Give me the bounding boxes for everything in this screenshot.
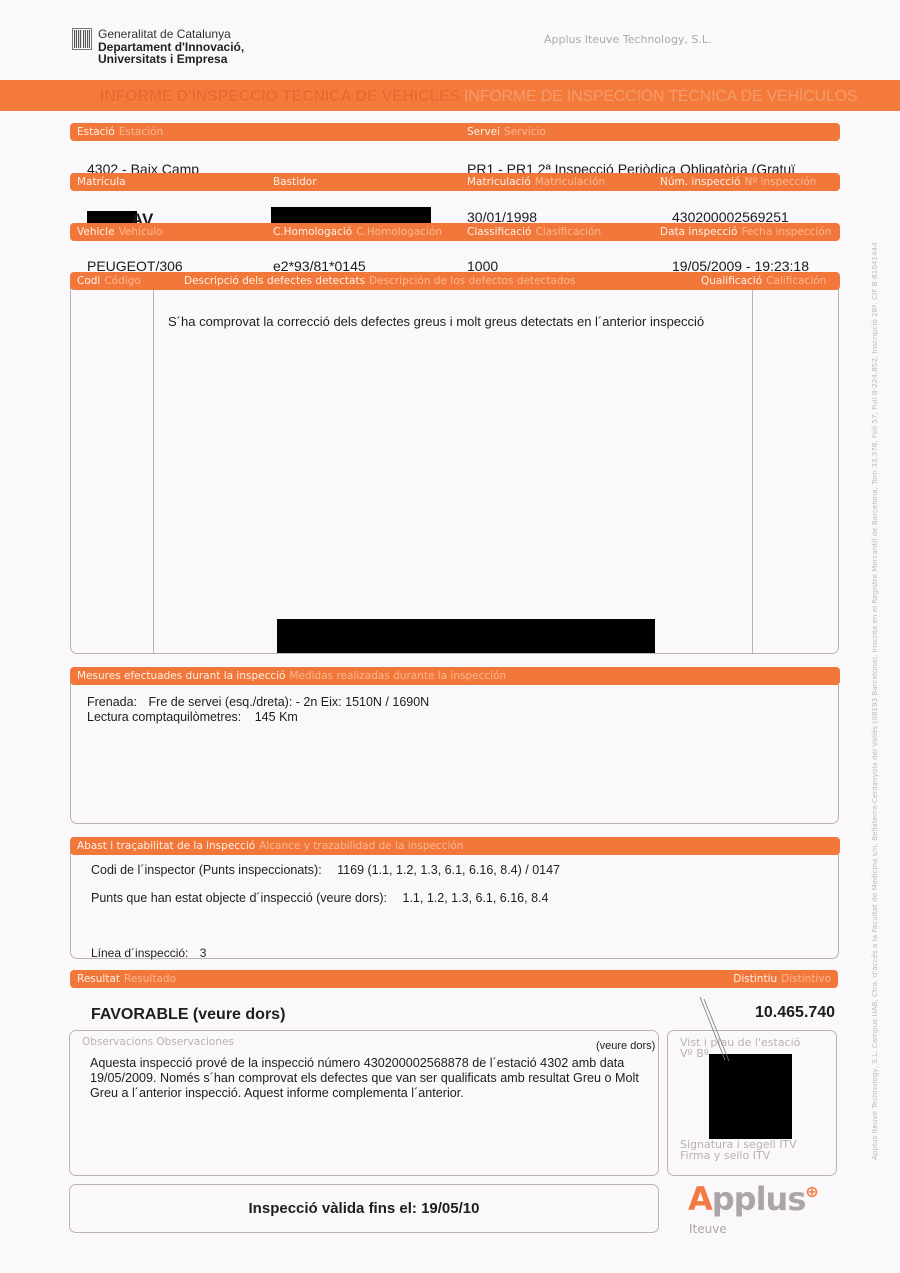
badge-number: 10.465.740 [755, 1004, 835, 1022]
pen-mark [695, 995, 735, 1065]
label-matriculacio: Matriculació [467, 176, 531, 188]
measures-box [70, 667, 839, 824]
measures-label-es: Medidas realizadas durante la inspección [289, 670, 506, 682]
plus-circle-icon: ⊕ [805, 1182, 817, 1201]
label-servei: Servei [467, 126, 500, 138]
title-spanish: INFORME DE INSPECCIÓN TÉCNICA DE VEHÍCUL… [464, 88, 857, 105]
col-codigo: Código [104, 275, 140, 287]
result-label-es: Resultado [124, 973, 176, 985]
label-num-inspeccio: Núm. inspecció [660, 176, 740, 188]
coat-of-arms-icon [72, 28, 92, 50]
label-bastidor: Bastidor [273, 176, 317, 188]
col-calificacion: Calificación [766, 275, 826, 287]
badge-label-ca: Distintiu [733, 973, 777, 985]
points-value: 1.1, 1.2, 1.3, 6.1, 6.16, 8.4 [403, 891, 549, 905]
column-divider [153, 290, 154, 654]
label-matricula: Matrícula [77, 176, 126, 188]
label-homologacion: C.Homologación [356, 226, 442, 238]
label-vehicle: Vehicle [77, 226, 115, 238]
defects-header: CodiCódigo Descripció dels defectes dete… [70, 272, 840, 290]
logo-text: pplus [712, 1180, 806, 1218]
label-estacio: Estació [77, 126, 115, 138]
result-label-ca: Resultat [77, 973, 120, 985]
label-classificacio: Classificació [467, 226, 531, 238]
label-bar-vehicle: VehicleVehículo C.HomologacióC.Homologac… [70, 223, 840, 241]
odometer-row: Lectura comptaquilòmetres: 145 Km [87, 710, 298, 724]
label-vehiculo: Vehículo [119, 226, 163, 238]
label-num-inspeccion: Nº inspección [744, 176, 816, 188]
label-clasificacion: Clasificación [535, 226, 601, 238]
observations-box [69, 1030, 659, 1176]
applus-logo: Applus⊕ [688, 1180, 818, 1218]
observations-label: Observacions Observaciones [82, 1036, 234, 1048]
label-estacion: Estación [119, 126, 163, 138]
legal-text-vertical: Applus Iteuve Technology, S.L. Campus UA… [870, 242, 879, 1160]
col-descripcio: Descripció dels defectes detectats [184, 275, 365, 287]
generalitat-logo: Generalitat de Catalunya Departament d'I… [72, 28, 244, 66]
column-divider [752, 290, 753, 654]
label-homologacio: C.Homologació [273, 226, 352, 238]
col-descripcion: Descripción de los defectos detectados [369, 275, 575, 287]
stamp-redaction [709, 1054, 792, 1139]
braking-label: Frenada: [87, 695, 137, 709]
measures-label-ca: Mesures efectuades durant la inspecció [77, 670, 285, 682]
inspector-label: Codi de l´inspector (Punts inspeccionats… [91, 863, 322, 877]
label-matriculacion: Matriculación [535, 176, 605, 188]
points-label: Punts que han estat objecte d´inspecció … [91, 891, 387, 905]
scope-header: Abast i traçabilitat de la inspeccióAlca… [70, 837, 840, 855]
col-codi: Codi [77, 275, 100, 287]
braking-row: Frenada: Fre de servei (esq./dreta): - 2… [87, 695, 429, 709]
odometer-label: Lectura comptaquilòmetres: [87, 710, 241, 724]
label-bar-station: EstacióEstación ServeiServicio [70, 123, 840, 141]
redaction-block [277, 619, 655, 653]
label-bar-registration: Matrícula Bastidor MatriculacióMatricula… [70, 173, 840, 191]
signature-label-es: Firma y sello ITV [680, 1150, 797, 1161]
defect-description: S´ha comprovat la correcció dels defecte… [168, 314, 708, 330]
gov-name: Generalitat de Catalunya [98, 28, 244, 41]
line-row: Línea d´inspecció: 3 [91, 946, 206, 960]
badge-label-es: Distintivo [781, 973, 831, 985]
document-title: INFORME D'INSPECCIÓ TÈCNICA DE VEHICLES … [0, 80, 900, 111]
department-name-2: Universitats i Empresa [98, 53, 244, 66]
scope-label-ca: Abast i traçabilitat de la inspecció [77, 840, 255, 852]
logo-subtitle: Iteuve [689, 1222, 727, 1236]
label-data-inspeccio: Data inspecció [660, 226, 737, 238]
odometer-value: 145 Km [255, 710, 298, 724]
observations-label-ca: Observacions [82, 1036, 153, 1048]
label-servicio: Servicio [504, 126, 546, 138]
line-label: Línea d´inspecció: [91, 946, 188, 960]
company-name: Applus Iteuve Technology, S.L. [544, 33, 712, 46]
col-qualificacio: Qualificació [701, 275, 762, 287]
braking-value: Fre de servei (esq./dreta): - 2n Eix: 15… [149, 695, 430, 709]
result-header: ResultatResultado DistintiuDistintivo [70, 970, 838, 988]
title-catalan: INFORME D'INSPECCIÓ TÈCNICA DE VEHICLES [100, 88, 460, 105]
stamp-signature-label: Signatura i segell ITV Firma y sello ITV [680, 1139, 797, 1161]
observations-label-es: Observaciones [156, 1036, 234, 1048]
vin-redaction [271, 207, 431, 224]
scope-label-es: Alcance y trazabilidad de la inspección [259, 840, 463, 852]
result-value: FAVORABLE (veure dors) [91, 1006, 285, 1024]
observations-text: Aquesta inspecció prové de la inspecció … [90, 1056, 650, 1101]
line-value: 3 [200, 946, 207, 960]
points-row: Punts que han estat objecte d´inspecció … [91, 891, 548, 905]
see-back-note: (veure dors) [596, 1040, 655, 1052]
validity-text: Inspecció vàlida fins el: 19/05/10 [69, 1200, 659, 1217]
measures-header: Mesures efectuades durant la inspeccióMe… [70, 667, 840, 685]
logo-a: A [688, 1180, 712, 1218]
inspector-row: Codi de l´inspector (Punts inspeccionats… [91, 863, 560, 877]
inspector-value: 1169 (1.1, 1.2, 1.3, 6.1, 6.16, 8.4) / 0… [337, 863, 560, 877]
label-fecha-inspeccion: Fecha inspección [741, 226, 831, 238]
